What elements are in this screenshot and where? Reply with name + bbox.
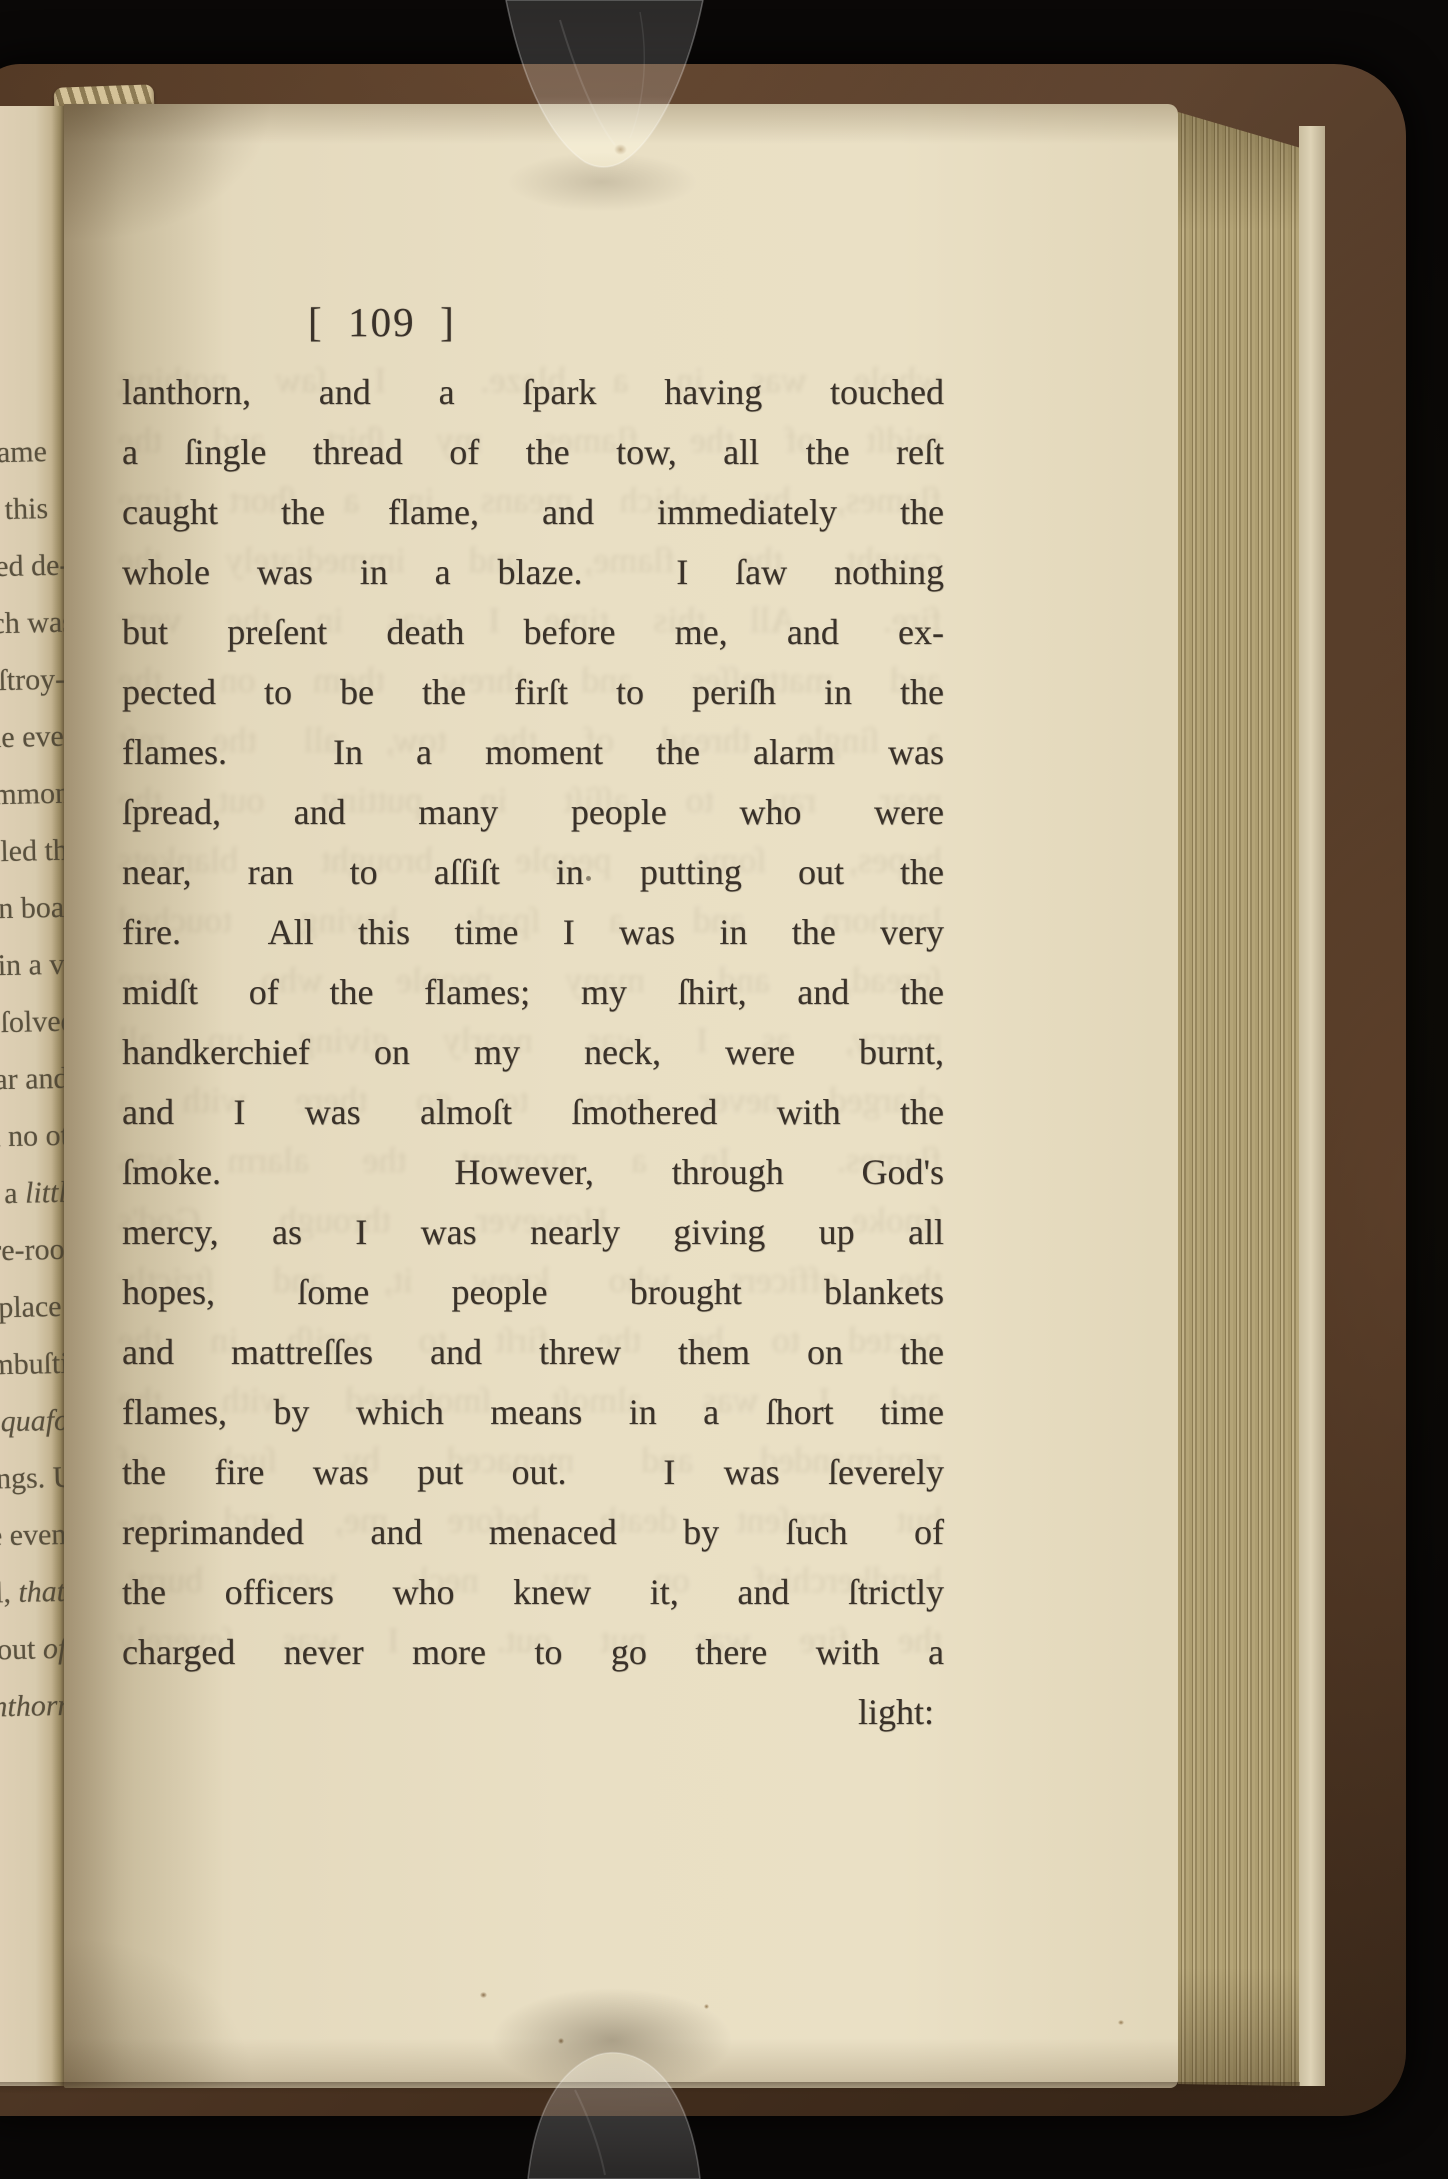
text-line: flames, by which means in a ſhort time xyxy=(122,1382,944,1442)
facing-page-fragment: which was xyxy=(0,594,51,653)
facing-page-fragment: le out of the xyxy=(0,1620,73,1679)
stain xyxy=(480,1992,487,1998)
page-number-header: [ 109 ] xyxy=(308,298,456,346)
text-line: flames. In a moment the alarm was xyxy=(122,722,944,782)
facing-page-fragment: me in a very xyxy=(0,936,58,995)
stain xyxy=(1118,2020,1124,2025)
text-line: midſt of the flames; my ſhirt, and the xyxy=(122,962,944,1022)
text-line: near, ran to aſſiſt in putting out the xyxy=(122,842,944,902)
stain xyxy=(558,2038,564,2044)
facing-page-fragment: lanthorn, xyxy=(0,1677,74,1736)
facing-page-fragment: d reſolved to xyxy=(0,993,59,1052)
page-text: lanthorn, and a ſpark having toucheda ſi… xyxy=(122,362,944,1782)
text-line: and I was almoſt ſmothered with the xyxy=(122,1082,944,1142)
facing-page-fragment: le me ever xyxy=(0,708,53,767)
facing-page-fragment: pected de- xyxy=(0,537,50,596)
text-line: reprimanded and menaced by ſuch of xyxy=(122,1502,944,1562)
facing-page-fragment: the evening xyxy=(0,1506,70,1565)
stain xyxy=(704,2004,709,2009)
text-line: a ſingle thread of the tow, all the reſt xyxy=(122,422,944,482)
text-line: lanthorn, and a ſpark having touched xyxy=(122,362,944,422)
facing-page-fragment: d aquafortis, xyxy=(0,1392,68,1451)
facing-page-fragment: ſtore-room, xyxy=(0,1221,64,1280)
facing-page-fragment: ncommonly xyxy=(0,765,55,824)
text-line: mercy, as I was nearly giving up all xyxy=(122,1202,944,1262)
facing-page-fragment: nal, that I had xyxy=(0,1563,71,1622)
book-photo-scene: the ſameOn thispected de-which wasd deſt… xyxy=(0,0,1448,2179)
facing-page-fragment: m on board xyxy=(0,879,57,938)
page-text-lines: lanthorn, and a ſpark having toucheda ſi… xyxy=(122,362,944,1682)
catchword: light: xyxy=(122,1682,944,1742)
facing-page-fragment: gular and in- xyxy=(0,1050,61,1109)
facing-page-fragment: but a little xyxy=(0,1164,63,1223)
book-page: whole was in a blaze. I ſaw nothingmidſt… xyxy=(64,104,1178,2088)
text-line: whole was in a blaze. I ſaw nothing xyxy=(122,542,944,602)
page-bottom-edge-shadow xyxy=(0,2082,1300,2094)
facing-page-fragment: combuſtible, xyxy=(0,1335,67,1394)
facing-page-fragment: o filled tha xyxy=(0,822,56,881)
text-line: hopes, ſome people brought blankets xyxy=(122,1262,944,1322)
text-line: but preſent death before me, and ex- xyxy=(122,602,944,662)
text-line: the officers who knew it, and ſtrictly xyxy=(122,1562,944,1622)
text-line: pected to be the firſt to periſh in the xyxy=(122,662,944,722)
facing-page-edge: the ſameOn thispected de-which wasd deſt… xyxy=(0,106,64,2086)
text-line: and mattreſſes and threw them on the xyxy=(122,1322,944,1382)
flyleaf-edge-strip xyxy=(1299,126,1325,2086)
text-line: fire. All this time I was in the very xyxy=(122,902,944,962)
facing-page-fragment: had no othe xyxy=(0,1107,62,1166)
facing-page-fragment: things. Up xyxy=(0,1449,69,1508)
facing-page-fragments: the ſameOn thispected de-which wasd deſt… xyxy=(0,423,74,1736)
text-line: the fire was put out. I was ſeverely xyxy=(122,1442,944,1502)
text-line: charged never more to go there with a xyxy=(122,1622,944,1682)
text-line: handkerchief on my neck, were burnt, xyxy=(122,1022,944,1082)
fore-edge-page-stack xyxy=(1178,112,1299,2086)
stain xyxy=(614,144,627,155)
text-line: ſmoke. However, through God's xyxy=(122,1142,944,1202)
facing-page-fragment: On this xyxy=(0,480,49,539)
facing-page-fragment: the ſame xyxy=(0,423,47,482)
text-line: ſpread, and many people who were xyxy=(122,782,944,842)
facing-page-fragment: d deſtroy- xyxy=(0,651,52,710)
text-line: caught the flame, and immediately the xyxy=(122,482,944,542)
facing-page-fragment: tle place wa xyxy=(0,1278,65,1337)
